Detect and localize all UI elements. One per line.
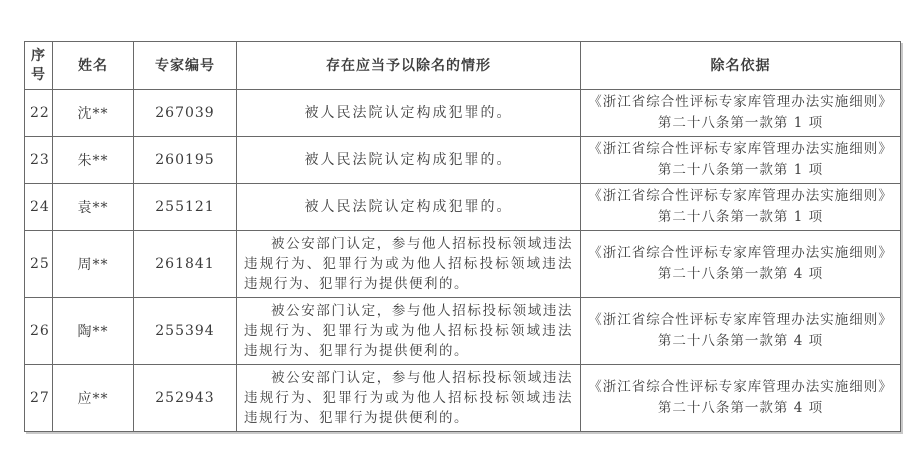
basis-line-2: 第二十八条第一款第 1 项 — [584, 113, 897, 134]
cell-removal-basis: 《浙江省综合性评标专家库管理办法实施细则》 第二十八条第一款第 4 项 — [581, 365, 901, 432]
table-row: 23 朱** 260195 被人民法院认定构成犯罪的。 《浙江省综合性评标专家库… — [25, 137, 901, 184]
cell-name: 周** — [53, 231, 134, 298]
header-seq-number: 序号 — [25, 42, 53, 90]
cell-expert-id: 255394 — [134, 298, 237, 365]
cell-expert-id: 267039 — [134, 90, 237, 137]
cell-removal-basis: 《浙江省综合性评标专家库管理办法实施细则》 第二十八条第一款第 4 项 — [581, 231, 901, 298]
table-row: 24 袁** 255121 被人民法院认定构成犯罪的。 《浙江省综合性评标专家库… — [25, 184, 901, 231]
cell-removal-basis: 《浙江省综合性评标专家库管理办法实施细则》 第二十八条第一款第 1 项 — [581, 184, 901, 231]
cell-expert-id: 252943 — [134, 365, 237, 432]
cell-seq-number: 24 — [25, 184, 53, 231]
expert-removal-table: 序号 姓名 专家编号 存在应当予以除名的情形 除名依据 22 沈** 26703… — [24, 41, 901, 432]
basis-line-2: 第二十八条第一款第 1 项 — [584, 160, 897, 181]
cell-seq-number: 22 — [25, 90, 53, 137]
basis-line-2: 第二十八条第一款第 4 项 — [584, 264, 897, 285]
basis-line-1: 《浙江省综合性评标专家库管理办法实施细则》 — [584, 139, 897, 160]
table-header: 序号 姓名 专家编号 存在应当予以除名的情形 除名依据 — [25, 42, 901, 90]
basis-line-2: 第二十八条第一款第 4 项 — [584, 398, 897, 419]
basis-line-1: 《浙江省综合性评标专家库管理办法实施细则》 — [584, 377, 897, 398]
cell-name: 朱** — [53, 137, 134, 184]
cell-name: 应** — [53, 365, 134, 432]
cell-removal-situation: 被公安部门认定，参与他人招标投标领域违法违规行为、犯罪行为或为他人招标投标领域违… — [237, 298, 581, 365]
table-container: 序号 姓名 专家编号 存在应当予以除名的情形 除名依据 22 沈** 26703… — [24, 41, 901, 432]
cell-seq-number: 23 — [25, 137, 53, 184]
cell-expert-id: 261841 — [134, 231, 237, 298]
cell-name: 沈** — [53, 90, 134, 137]
header-row: 序号 姓名 专家编号 存在应当予以除名的情形 除名依据 — [25, 42, 901, 90]
cell-name: 陶** — [53, 298, 134, 365]
basis-line-1: 《浙江省综合性评标专家库管理办法实施细则》 — [584, 92, 897, 113]
cell-removal-situation: 被人民法院认定构成犯罪的。 — [237, 137, 581, 184]
basis-line-1: 《浙江省综合性评标专家库管理办法实施细则》 — [584, 186, 897, 207]
cell-seq-number: 27 — [25, 365, 53, 432]
cell-removal-situation: 被人民法院认定构成犯罪的。 — [237, 184, 581, 231]
cell-removal-basis: 《浙江省综合性评标专家库管理办法实施细则》 第二十八条第一款第 1 项 — [581, 90, 901, 137]
header-removal-basis: 除名依据 — [581, 42, 901, 90]
cell-removal-basis: 《浙江省综合性评标专家库管理办法实施细则》 第二十八条第一款第 4 项 — [581, 298, 901, 365]
document-page: 序号 姓名 专家编号 存在应当予以除名的情形 除名依据 22 沈** 26703… — [0, 0, 922, 468]
table-row: 22 沈** 267039 被人民法院认定构成犯罪的。 《浙江省综合性评标专家库… — [25, 90, 901, 137]
cell-removal-situation: 被公安部门认定，参与他人招标投标领域违法违规行为、犯罪行为或为他人招标投标领域违… — [237, 231, 581, 298]
header-removal-situation: 存在应当予以除名的情形 — [237, 42, 581, 90]
basis-line-1: 《浙江省综合性评标专家库管理办法实施细则》 — [584, 243, 897, 264]
basis-line-2: 第二十八条第一款第 4 项 — [584, 331, 897, 352]
table-row: 26 陶** 255394 被公安部门认定，参与他人招标投标领域违法违规行为、犯… — [25, 298, 901, 365]
cell-removal-situation: 被公安部门认定，参与他人招标投标领域违法违规行为、犯罪行为或为他人招标投标领域违… — [237, 365, 581, 432]
cell-removal-situation: 被人民法院认定构成犯罪的。 — [237, 90, 581, 137]
basis-line-1: 《浙江省综合性评标专家库管理办法实施细则》 — [584, 310, 897, 331]
header-name: 姓名 — [53, 42, 134, 90]
cell-seq-number: 25 — [25, 231, 53, 298]
cell-removal-basis: 《浙江省综合性评标专家库管理办法实施细则》 第二十八条第一款第 1 项 — [581, 137, 901, 184]
cell-seq-number: 26 — [25, 298, 53, 365]
cell-name: 袁** — [53, 184, 134, 231]
table-body: 22 沈** 267039 被人民法院认定构成犯罪的。 《浙江省综合性评标专家库… — [25, 90, 901, 432]
table-row: 27 应** 252943 被公安部门认定，参与他人招标投标领域违法违规行为、犯… — [25, 365, 901, 432]
table-row: 25 周** 261841 被公安部门认定，参与他人招标投标领域违法违规行为、犯… — [25, 231, 901, 298]
cell-expert-id: 255121 — [134, 184, 237, 231]
basis-line-2: 第二十八条第一款第 1 项 — [584, 207, 897, 228]
cell-expert-id: 260195 — [134, 137, 237, 184]
header-expert-id: 专家编号 — [134, 42, 237, 90]
